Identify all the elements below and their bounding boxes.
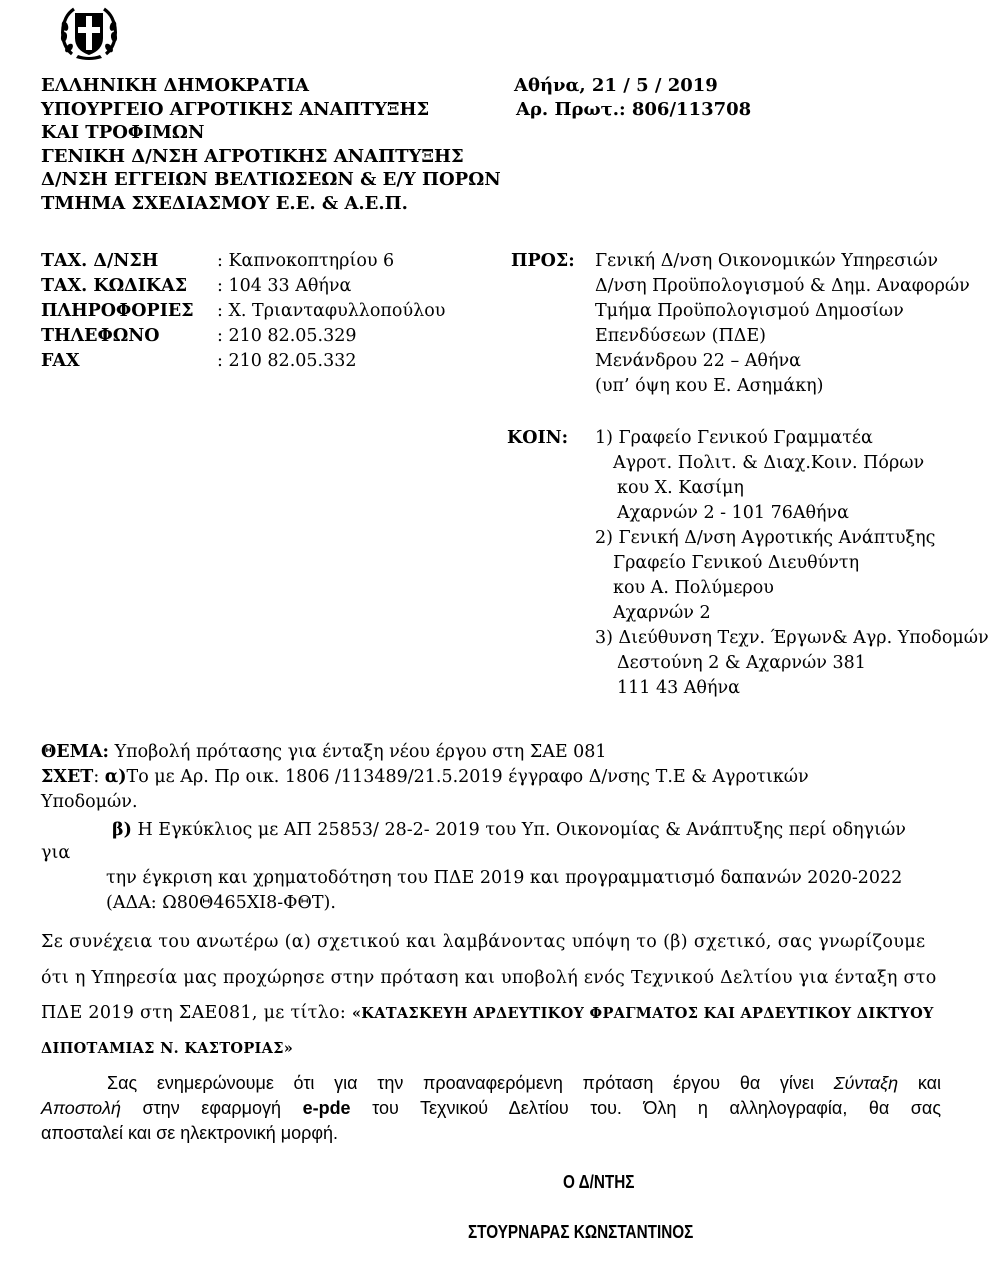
related-label: ΣΧΕΤ — [41, 767, 93, 787]
cc-line: 3) Διεύθυνση Τεχν. Έργων& Αγρ. Υποδομών — [595, 626, 989, 651]
recipient-line: Γενική Δ/νση Οικονομικών Υπηρεσιών — [595, 249, 970, 274]
cc-line: 2) Γενική Δ/νση Αγροτικής Ανάπτυξης — [595, 526, 989, 551]
recipient-line: Μενάνδρου 22 – Αθήνα — [595, 349, 970, 374]
contact-label: ΠΛΗΡΟΦΟΡΙΕΣ — [41, 299, 217, 324]
contact-label: ΤΑΧ. Δ/ΝΣΗ — [41, 249, 217, 274]
related-b-continuation: την έγκριση και χρηματοδότηση του ΠΔΕ 20… — [106, 866, 902, 891]
contact-value: : 210 82.05.332 — [217, 349, 357, 374]
issuer-line: ΓΕΝΙΚΗ Δ/ΝΣΗ ΑΓΡΟΤΙΚΗΣ ΑΝΑΠΤΥΞΗΣ — [41, 145, 501, 169]
issuer-block: ΕΛΛΗΝΙΚΗ ΔΗΜΟΚΡΑΤΙΑ ΥΠΟΥΡΓΕΙΟ ΑΓΡΟΤΙΚΗΣ … — [41, 74, 501, 215]
contact-label: ΤΑΧ. ΚΩΔΙΚΑΣ — [41, 274, 217, 299]
to-recipient-block: Γενική Δ/νση Οικονομικών Υπηρεσιών Δ/νση… — [595, 249, 970, 399]
subject-line: ΘΕΜΑ: Υποβολή πρότασης για ένταξη νέου έ… — [41, 740, 607, 765]
cc-line: 1) Γραφείο Γενικού Γραμματέα — [595, 426, 989, 451]
contact-label: FAX — [41, 349, 217, 374]
recipient-line: (υπ’ όψη κου Ε. Ασημάκη) — [595, 374, 970, 399]
signatory-title: Ο Δ/ΝΤΗΣ — [563, 1172, 634, 1193]
related-b-label: β) — [112, 820, 132, 840]
related-b-continuation: για — [41, 841, 70, 866]
protocol-number: Αρ. Πρωτ.: 806/113708 — [516, 98, 751, 122]
cc-line: Γραφείο Γενικού Διευθύντη — [595, 551, 989, 576]
epde-app-name: e-pde — [303, 1098, 351, 1118]
recipient-line: Δ/νση Προϋπολογισμού & Δημ. Αναφορών — [595, 274, 970, 299]
body-line: ότι η Υπηρεσία μας προχώρησε στην πρότασ… — [41, 966, 937, 991]
contact-value: : 210 82.05.329 — [217, 324, 357, 349]
recipient-line: Τμήμα Προϋπολογισμού Δημοσίων — [595, 299, 970, 324]
cc-line: Δεστούνη 2 & Αχαρνών 381 — [595, 651, 989, 676]
cc-line: Αγροτ. Πολιτ. & Διαχ.Κοιν. Πόρων — [595, 451, 989, 476]
subject-text: Υποβολή πρότασης για ένταξη νέου έργου σ… — [109, 742, 607, 762]
related-b-text: Η Εγκύκλιος με ΑΠ 25853/ 28-2- 2019 του … — [132, 820, 906, 840]
contact-block: ΤΑΧ. Δ/ΝΣΗ: Καπνοκοπτηρίου 6 ΤΑΧ. ΚΩΔΙΚΑ… — [41, 249, 445, 374]
to-label: ΠΡΟΣ: — [511, 249, 575, 274]
related-b: β) Η Εγκύκλιος με ΑΠ 25853/ 28-2- 2019 τ… — [112, 818, 906, 843]
project-title: «ΚΑΤΑΣΚΕΥΗ ΑΡΔΕΥΤΙΚΟΥ ΦΡΑΓΜΑΤΟΣ ΚΑΙ ΑΡΔΕ… — [352, 1005, 934, 1022]
related-a: ΣΧΕΤ: α)Το με Αρ. Πρ οικ. 1806 /113489/2… — [41, 765, 809, 790]
contact-value: : Καπνοκοπτηρίου 6 — [217, 249, 394, 274]
issuer-line: ΚΑΙ ΤΡΟΦΙΜΩΝ — [41, 121, 501, 145]
subject-label: ΘΕΜΑ: — [41, 742, 109, 762]
issuer-line: Δ/ΝΣΗ ΕΓΓΕΙΩΝ ΒΕΛΤΙΩΣΕΩΝ & Ε/Υ ΠΟΡΩΝ — [41, 168, 501, 192]
cc-line: 111 43 Αθήνα — [595, 676, 989, 701]
greek-coat-of-arms-icon — [58, 4, 120, 62]
document-date: Αθήνα, 21 / 5 / 2019 — [514, 74, 718, 98]
related-a-text: Το με Αρ. Πρ οικ. 1806 /113489/21.5.2019… — [127, 767, 809, 787]
contact-value: : 104 33 Αθήνα — [217, 274, 351, 299]
cc-line: κου Α. Πολύμερου — [595, 576, 989, 601]
contact-value: : Χ. Τριανταφυλλοπούλου — [217, 299, 445, 324]
cc-recipient-block: 1) Γραφείο Γενικού Γραμματέα Αγροτ. Πολι… — [595, 426, 989, 701]
related-a-label: α) — [105, 767, 127, 787]
cc-label: ΚΟΙΝ: — [507, 426, 568, 451]
issuer-line: ΕΛΛΗΝΙΚΗ ΔΗΜΟΚΡΑΤΙΑ — [41, 74, 501, 98]
recipient-line: Επενδύσεων (ΠΔΕ) — [595, 324, 970, 349]
body-paragraph-2: Σας ενημερώνουμε ότι για την προαναφερόμ… — [41, 1071, 941, 1146]
related-b-continuation: (ΑΔΑ: Ω80Θ465ΧΙ8-ΦΘΤ). — [106, 891, 336, 916]
body-line: ΠΔΕ 2019 στη ΣΑΕ081, με τίτλο: «ΚΑΤΑΣΚΕΥ… — [41, 1001, 934, 1026]
cc-line: Αχαρνών 2 — [595, 601, 989, 626]
related-a-continuation: Υποδομών. — [41, 790, 138, 815]
cc-line: Αχαρνών 2 - 101 76Αθήνα — [595, 501, 989, 526]
issuer-line: ΤΜΗΜΑ ΣΧΕΔΙΑΣΜΟΥ Ε.Ε. & Α.Ε.Π. — [41, 192, 501, 216]
contact-label: ΤΗΛΕΦΩΝΟ — [41, 324, 217, 349]
project-title-continuation: ΔΙΠΟΤΑΜΙΑΣ Ν. ΚΑΣΤΟΡΙΑΣ» — [41, 1040, 293, 1057]
issuer-line: ΥΠΟΥΡΓΕΙΟ ΑΓΡΟΤΙΚΗΣ ΑΝΑΠΤΥΞΗΣ — [41, 98, 501, 122]
signatory-name: ΣΤΟΥΡΝΑΡΑΣ ΚΩΝΣΤΑΝΤΙΝΟΣ — [468, 1222, 693, 1243]
body-line: Σε συνέχεια του ανωτέρω (α) σχετικού και… — [41, 930, 925, 955]
cc-line: κου Χ. Κασίμη — [595, 476, 989, 501]
